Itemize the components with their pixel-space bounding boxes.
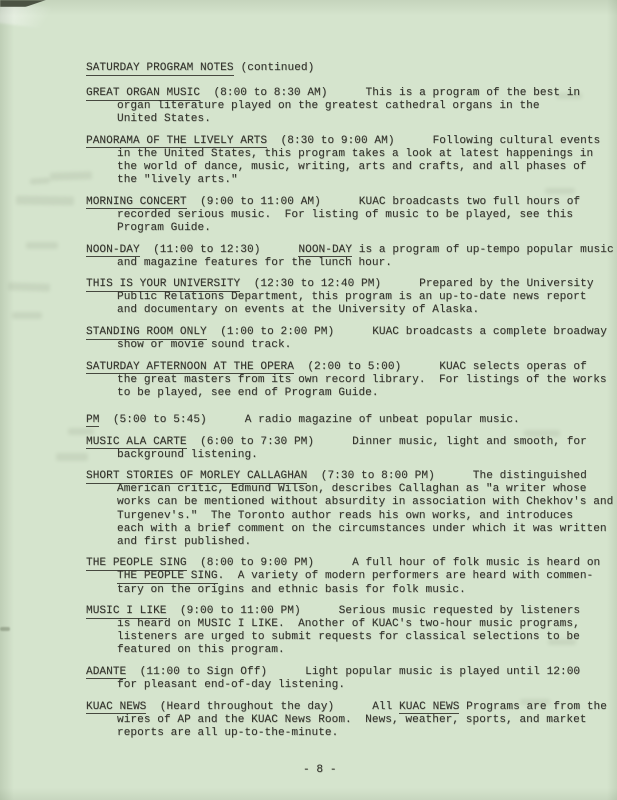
underlined-text: THE PEOPLE SING (117, 570, 218, 584)
program-description: A radio magazine of unbeat popular music… (245, 414, 520, 426)
program-description: Prepared by the University (419, 278, 593, 290)
program-description-line: Turgenev's." The Toronto author reads hi… (117, 510, 598, 523)
program-description-line: is heard on MUSIC I LIKE. Another of KUA… (117, 618, 598, 631)
program-time: (8:00 to 9:00 PM) (187, 557, 314, 569)
program-title: SATURDAY AFTERNOON AT THE OPERA (86, 361, 294, 375)
program-description: This is a program of the best in (365, 87, 580, 99)
program-description: Following cultural events (433, 135, 601, 147)
program-time: (11:00 to Sign Off) (126, 666, 267, 678)
program-entry: KUAC NEWS (Heard throughout the day)All … (86, 701, 598, 740)
program-entry: MORNING CONCERT (9:00 to 11:00 AM)KUAC b… (86, 196, 598, 235)
program-description-line: Program Guide. (117, 222, 598, 235)
program-time: (Heard throughout the day) (146, 701, 334, 713)
program-title: STANDING ROOM ONLY (86, 326, 207, 340)
program-description-line: organ literature played on the greatest … (117, 100, 598, 113)
program-description-line: and first published. (117, 536, 598, 549)
program-list: GREAT ORGAN MUSIC (8:00 to 8:30 AM)This … (86, 87, 598, 740)
program-entry: THE PEOPLE SING (8:00 to 9:00 PM)A full … (86, 557, 598, 596)
program-description: NOON-DAY is a program of up-tempo popula… (298, 244, 613, 258)
program-entry-first-line: SHORT STORIES OF MORLEY CALLAGHAN (7:30 … (86, 470, 598, 483)
program-time: (11:00 to 12:30) (140, 244, 261, 256)
scan-smudge (30, 177, 50, 184)
program-description-line: and documentary on events at the Univers… (117, 304, 598, 317)
program-description-line: featured on this program. (117, 644, 598, 657)
program-description-line: background listening. (117, 449, 598, 462)
program-entry-first-line: ADANTE (11:00 to Sign Off)Light popular … (86, 666, 598, 679)
program-description-line: to be played, see end of Program Guide. (117, 387, 598, 400)
program-description-line: wires of AP and the KUAC News Room. News… (117, 714, 598, 727)
scan-smudge (8, 282, 50, 291)
program-entry: GREAT ORGAN MUSIC (8:00 to 8:30 AM)This … (86, 87, 598, 126)
program-title: KUAC NEWS (86, 701, 146, 715)
program-title: ADANTE (86, 666, 126, 680)
program-entry: MUSIC I LIKE (9:00 to 11:00 PM)Serious m… (86, 605, 598, 657)
program-description-line: United States. (117, 113, 598, 126)
page-title: SATURDAY PROGRAM NOTES (86, 62, 234, 76)
program-entry-first-line: THIS IS YOUR UNIVERSITY (12:30 to 12:40 … (86, 278, 598, 291)
program-time: (2:00 to 5:00) (294, 361, 401, 373)
program-entry: PANORAMA OF THE LIVELY ARTS (8:30 to 9:0… (86, 135, 598, 187)
program-description: KUAC broadcasts two full hours of (359, 196, 580, 208)
program-entry-first-line: MUSIC I LIKE (9:00 to 11:00 PM)Serious m… (86, 605, 598, 618)
program-description-line: listeners are urged to submit requests f… (117, 631, 598, 644)
scan-smudge (12, 312, 42, 319)
program-time: (8:30 to 9:00 AM) (267, 135, 394, 147)
program-entry: STANDING ROOM ONLY (1:00 to 2:00 PM)KUAC… (86, 326, 598, 352)
program-time: (7:30 to 8:00 PM) (307, 470, 434, 482)
program-entry: SHORT STORIES OF MORLEY CALLAGHAN (7:30 … (86, 470, 598, 549)
program-description-line: in the United States, this program takes… (117, 148, 598, 161)
program-description-line: works can be mentioned without absurdity… (117, 496, 598, 509)
program-description-line: tary on the origins and ethnic basis for… (117, 584, 598, 597)
program-entry: ADANTE (11:00 to Sign Off)Light popular … (86, 666, 598, 692)
program-entry: THIS IS YOUR UNIVERSITY (12:30 to 12:40 … (86, 278, 598, 317)
program-description: KUAC selects operas of (439, 361, 587, 373)
scanned-page: SATURDAY PROGRAM NOTES(continued) GREAT … (0, 0, 617, 800)
program-time: (9:00 to 11:00 AM) (187, 196, 321, 208)
program-description: A full hour of folk music is heard on (352, 557, 600, 569)
scan-smudge (16, 195, 74, 205)
program-time: (6:00 to 7:30 PM) (187, 436, 314, 448)
program-description-line: American critic, Edmund Wilson, describe… (117, 483, 598, 496)
program-title: PM (86, 414, 99, 428)
program-description-line: THE PEOPLE SING. A variety of modern per… (117, 570, 598, 583)
program-description-line: each with a brief comment on the circums… (117, 523, 598, 536)
scan-smudge (0, 627, 10, 631)
program-description-line: recorded serious music. For listing of m… (117, 209, 598, 222)
program-description: Dinner music, light and smooth, for (352, 436, 587, 448)
program-description-line: the "lively arts." (117, 174, 598, 187)
program-title: GREAT ORGAN MUSIC (86, 87, 200, 101)
program-entry-first-line: NOON-DAY (11:00 to 12:30)NOON-DAY is a p… (86, 244, 598, 257)
program-entry: NOON-DAY (11:00 to 12:30)NOON-DAY is a p… (86, 244, 598, 270)
program-title: MORNING CONCERT (86, 196, 187, 210)
program-description-line: the great masters from its own record li… (117, 374, 598, 387)
program-entry-first-line: STANDING ROOM ONLY (1:00 to 2:00 PM)KUAC… (86, 326, 598, 339)
program-time: (9:00 to 11:00 PM) (167, 605, 301, 617)
program-description-line: for pleasant end-of-day listening. (117, 679, 598, 692)
underlined-text: NOON-DAY (298, 244, 352, 258)
program-description: Serious music requested by listeners (339, 605, 580, 617)
program-description-line: and magazine features for the lunch hour… (117, 257, 598, 270)
program-description-line: reports are all up-to-the-minute. (117, 727, 598, 740)
program-description-line: Public Relations Department, this progra… (117, 291, 598, 304)
program-time: (5:00 to 5:45) (99, 414, 206, 426)
program-entry-first-line: GREAT ORGAN MUSIC (8:00 to 8:30 AM)This … (86, 87, 598, 100)
scan-smudge (56, 453, 88, 461)
program-entry-first-line: THE PEOPLE SING (8:00 to 9:00 PM)A full … (86, 557, 598, 570)
program-title: MUSIC ALA CARTE (86, 436, 187, 450)
program-title: NOON-DAY (86, 244, 140, 258)
program-description: KUAC broadcasts a complete broadway (372, 326, 607, 338)
program-entry: PM (5:00 to 5:45)A radio magazine of unb… (86, 414, 598, 427)
page-number: - 8 - (303, 764, 337, 776)
program-title: MUSIC I LIKE (86, 605, 167, 619)
underlined-text: KUAC NEWS (399, 701, 459, 715)
program-time: (1:00 to 2:00 PM) (207, 326, 334, 338)
program-description: Light popular music is played until 12:0… (305, 666, 580, 678)
program-title: PANORAMA OF THE LIVELY ARTS (86, 135, 267, 149)
program-entry-first-line: KUAC NEWS (Heard throughout the day)All … (86, 701, 598, 714)
program-entry-first-line: PM (5:00 to 5:45)A radio magazine of unb… (86, 414, 598, 427)
program-entry-first-line: SATURDAY AFTERNOON AT THE OPERA (2:00 to… (86, 361, 598, 374)
program-description-line: the world of dance, music, writing, arts… (117, 161, 598, 174)
program-entry-first-line: MORNING CONCERT (9:00 to 11:00 AM)KUAC b… (86, 196, 598, 209)
program-title: THIS IS YOUR UNIVERSITY (86, 278, 240, 292)
program-time: (12:30 to 12:40 PM) (240, 278, 381, 290)
program-title: SHORT STORIES OF MORLEY CALLAGHAN (86, 470, 307, 484)
page-title-suffix: (continued) (241, 62, 315, 74)
program-notes-page: SATURDAY PROGRAM NOTES(continued) GREAT … (86, 62, 598, 748)
program-entry: MUSIC ALA CARTE (6:00 to 7:30 PM)Dinner … (86, 436, 598, 462)
scan-smudge (26, 242, 58, 249)
program-title: THE PEOPLE SING (86, 557, 187, 571)
page-heading: SATURDAY PROGRAM NOTES(continued) (86, 62, 598, 75)
program-time: (8:00 to 8:30 AM) (200, 87, 327, 99)
program-entry-first-line: MUSIC ALA CARTE (6:00 to 7:30 PM)Dinner … (86, 436, 598, 449)
program-description: All KUAC NEWS Programs are from the (372, 701, 607, 715)
program-entry: SATURDAY AFTERNOON AT THE OPERA (2:00 to… (86, 361, 598, 400)
program-description-line: show or movie sound track. (117, 339, 598, 352)
program-description: The distinguished (473, 470, 587, 482)
program-entry-first-line: PANORAMA OF THE LIVELY ARTS (8:30 to 9:0… (86, 135, 598, 148)
